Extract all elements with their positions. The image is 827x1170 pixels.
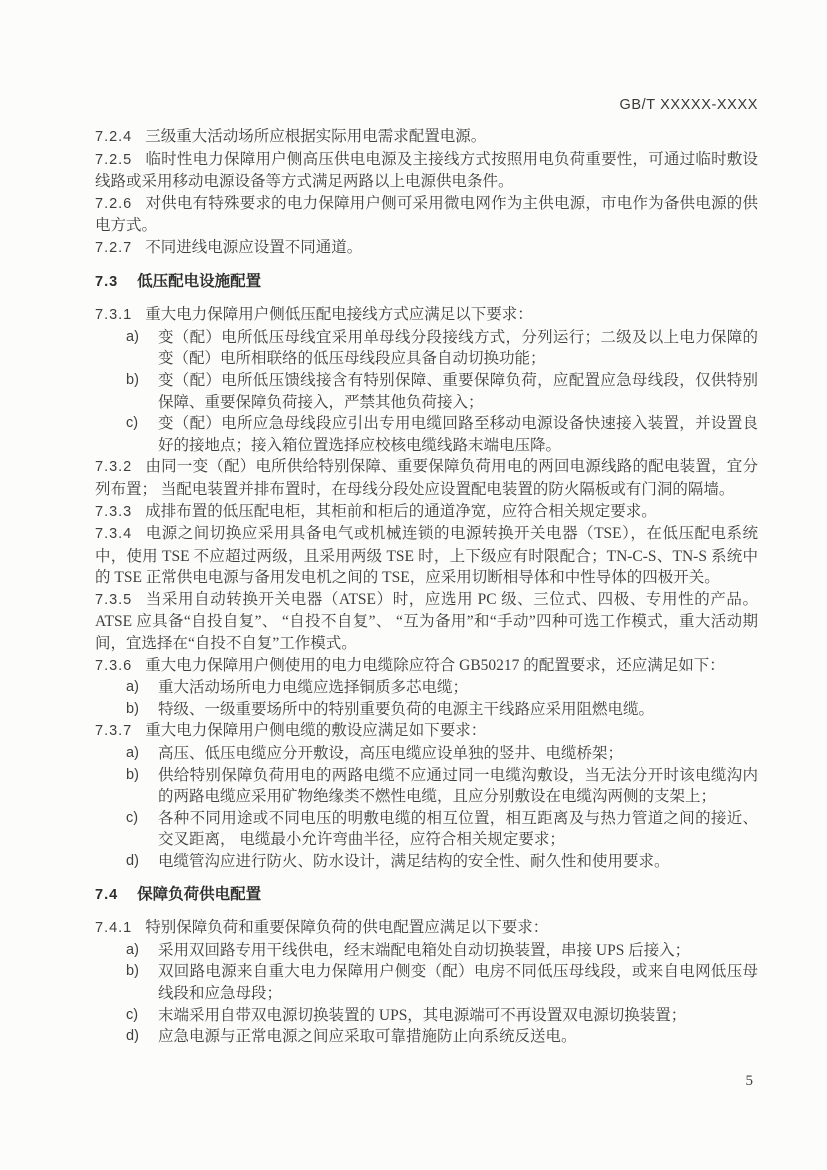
clause-paragraph: 7.3.7重大电力保障用户侧电缆的敷设应满足如下要求：	[95, 720, 758, 743]
clause-text: 由同一变（配）电所供给特别保障、重要保障负荷用电的两回电源线路的配电装置，宜分列…	[95, 458, 758, 498]
section-number: 7.3	[95, 274, 118, 290]
list-item-label: b)	[126, 961, 139, 983]
clause-text: 成排布置的低压配电柜，其柜前和柜后的通道净宽，应符合相关规定要求。	[145, 503, 657, 520]
list-item-label: b)	[126, 370, 139, 392]
list-item-text: 高压、低压电缆应分开敷设，高压电缆应设单独的竖井、电缆桥架；	[158, 745, 623, 762]
clause-paragraph: 7.3.4电源之间切换应采用具备电气或机械连锁的电源转换开关电器（TSE），在低…	[95, 523, 758, 589]
list-item-text: 应急电源与正常电源之间应采取可靠措施防止向系统反送电。	[158, 1028, 577, 1045]
clause-text: 三级重大活动场所应根据实际用电需求配置电源。	[145, 128, 486, 145]
page-number: 5	[746, 1073, 754, 1089]
clause-list-item: c)变（配）电所应急母线段应引出专用电缆回路至移动电源设备快速接入装置，并设置良…	[95, 413, 758, 456]
list-item-text: 重大活动场所电力电缆应选择铜质多芯电缆；	[158, 679, 468, 696]
list-item-label: a)	[126, 677, 139, 699]
document-page: GB/T XXXXX-XXXX 7.2.4三级重大活动场所应根据实际用电需求配置…	[0, 0, 827, 1170]
clause-paragraph: 7.2.6对供电有特殊要求的电力保障用户侧可采用微电网作为主供电源，市电作为备供…	[95, 193, 758, 237]
list-item-label: b)	[126, 699, 139, 721]
list-item-label: b)	[126, 765, 139, 787]
clause-list-item: b)变（配）电所低压馈线接含有特别保障、重要保障负荷，应配置应急母线段，仅供特别…	[95, 370, 758, 413]
list-item-label: c)	[126, 413, 138, 435]
clause-paragraph: 7.3.1重大电力保障用户侧低压配电接线方式应满足以下要求：	[95, 304, 758, 327]
section-heading: 7.3低压配电设施配置	[95, 271, 758, 294]
clause-list-item: b)供给特别保障负荷用电的两路电缆不应通过同一电缆沟敷设，当无法分开时该电缆沟内…	[95, 765, 758, 808]
section-number: 7.4	[95, 887, 118, 903]
list-item-label: c)	[126, 808, 138, 830]
clause-number: 7.3.6	[95, 658, 132, 674]
section-title: 低压配电设施配置	[137, 273, 261, 290]
clause-text: 不同进线电源应设置不同通道。	[145, 239, 362, 256]
clause-number: 7.3.7	[95, 723, 132, 739]
clause-list-item: b)特级、一级重要场所中的特别重要负荷的电源主干线路应采用阻燃电缆。	[95, 699, 758, 721]
clause-number: 7.3.1	[95, 307, 132, 323]
clause-paragraph: 7.2.7不同进线电源应设置不同通道。	[95, 237, 758, 260]
clause-text: 临时性电力保障用户侧高压供电电源及主接线方式按照用电负荷重要性，可通过临时敷设线…	[95, 151, 758, 191]
list-item-text: 电缆管沟应进行防火、防水设计，满足结构的安全性、耐久性和使用要求。	[158, 853, 670, 870]
clause-text: 电源之间切换应采用具备电气或机械连锁的电源转换开关电器（TSE），在低压配电系统…	[95, 525, 758, 586]
page-header: GB/T XXXXX-XXXX	[95, 97, 758, 113]
clause-text: 重大电力保障用户侧电缆的敷设应满足如下要求：	[145, 722, 486, 739]
document-body: 7.2.4三级重大活动场所应根据实际用电需求配置电源。7.2.5临时性电力保障用…	[95, 126, 758, 1048]
clause-number: 7.2.5	[95, 152, 132, 168]
standard-code: GB/T XXXXX-XXXX	[620, 97, 758, 113]
clause-text: 特别保障负荷和重要保障负荷的供电配置应满足以下要求：	[145, 919, 548, 936]
clause-number: 7.3.2	[95, 459, 132, 475]
list-item-text: 变（配）电所应急母线段应引出专用电缆回路至移动电源设备快速接入装置，并设置良好的…	[158, 415, 758, 454]
list-item-label: d)	[126, 1026, 139, 1048]
clause-text: 当采用自动转换开关电器（ATSE）时，应选用 PC 级、三位式、四极、专用性的产…	[95, 591, 758, 652]
clause-number: 7.4.1	[95, 920, 132, 936]
list-item-text: 末端采用自带双电源切换装置的 UPS，其电源端可不再设置双电源切换装置；	[158, 1007, 686, 1024]
clause-paragraph: 7.3.5当采用自动转换开关电器（ATSE）时，应选用 PC 级、三位式、四极、…	[95, 589, 758, 655]
clause-number: 7.3.5	[95, 592, 132, 608]
list-item-label: a)	[126, 940, 139, 962]
clause-text: 重大电力保障用户侧低压配电接线方式应满足以下要求：	[145, 306, 533, 323]
clause-list-item: d)电缆管沟应进行防火、防水设计，满足结构的安全性、耐久性和使用要求。	[95, 851, 758, 873]
list-item-text: 双回路电源来自重大电力保障用户侧变（配）电房不同低压母线段，或来自电网低压母线段…	[158, 963, 758, 1002]
clause-paragraph: 7.3.2由同一变（配）电所供给特别保障、重要保障负荷用电的两回电源线路的配电装…	[95, 456, 758, 500]
list-item-text: 采用双回路专用干线供电，经末端配电箱处自动切换装置，串接 UPS 后接入；	[158, 942, 690, 959]
list-item-text: 特级、一级重要场所中的特别重要负荷的电源主干线路应采用阻燃电缆。	[158, 701, 654, 718]
clause-list-item: d)应急电源与正常电源之间应采取可靠措施防止向系统反送电。	[95, 1026, 758, 1048]
list-item-label: a)	[126, 327, 139, 349]
clause-paragraph: 7.2.5临时性电力保障用户侧高压供电电源及主接线方式按照用电负荷重要性，可通过…	[95, 149, 758, 193]
section-heading: 7.4保障负荷供电配置	[95, 884, 758, 907]
clause-number: 7.3.4	[95, 526, 132, 542]
clause-number: 7.2.4	[95, 129, 132, 145]
clause-list-item: a)高压、低压电缆应分开敷设，高压电缆应设单独的竖井、电缆桥架；	[95, 743, 758, 765]
clause-list-item: c)末端采用自带双电源切换装置的 UPS，其电源端可不再设置双电源切换装置；	[95, 1005, 758, 1027]
clause-text: 重大电力保障用户侧使用的电力电缆除应符合 GB50217 的配置要求，还应满足如…	[145, 657, 725, 674]
clause-list-item: a)变（配）电所低压母线宜采用单母线分段接线方式，分列运行；二级及以上电力保障的…	[95, 327, 758, 370]
clause-paragraph: 7.2.4三级重大活动场所应根据实际用电需求配置电源。	[95, 126, 758, 149]
clause-number: 7.2.6	[95, 196, 132, 212]
clause-list-item: a)采用双回路专用干线供电，经末端配电箱处自动切换装置，串接 UPS 后接入；	[95, 940, 758, 962]
clause-list-item: a)重大活动场所电力电缆应选择铜质多芯电缆；	[95, 677, 758, 699]
clause-list-item: c)各种不同用途或不同电压的明敷电缆的相互位置，相互距离及与热力管道之间的接近、…	[95, 808, 758, 851]
clause-number: 7.3.3	[95, 504, 132, 520]
clause-paragraph: 7.3.6重大电力保障用户侧使用的电力电缆除应符合 GB50217 的配置要求，…	[95, 655, 758, 678]
list-item-text: 供给特别保障负荷用电的两路电缆不应通过同一电缆沟敷设，当无法分开时该电缆沟内的两…	[158, 767, 758, 806]
clause-number: 7.2.7	[95, 240, 132, 256]
list-item-text: 变（配）电所低压馈线接含有特别保障、重要保障负荷，应配置应急母线段，仅供特别保障…	[158, 372, 758, 411]
clause-list-item: b)双回路电源来自重大电力保障用户侧变（配）电房不同低压母线段，或来自电网低压母…	[95, 961, 758, 1004]
clause-paragraph: 7.4.1特别保障负荷和重要保障负荷的供电配置应满足以下要求：	[95, 917, 758, 940]
list-item-label: c)	[126, 1005, 138, 1027]
clause-paragraph: 7.3.3成排布置的低压配电柜，其柜前和柜后的通道净宽，应符合相关规定要求。	[95, 501, 758, 524]
section-title: 保障负荷供电配置	[137, 886, 261, 903]
list-item-text: 变（配）电所低压母线宜采用单母线分段接线方式，分列运行；二级及以上电力保障的变（…	[158, 329, 758, 368]
page-footer: 5	[746, 1073, 754, 1090]
clause-text: 对供电有特殊要求的电力保障用户侧可采用微电网作为主供电源，市电作为备供电源的供电…	[95, 195, 758, 235]
list-item-label: a)	[126, 743, 139, 765]
list-item-label: d)	[126, 851, 139, 873]
list-item-text: 各种不同用途或不同电压的明敷电缆的相互位置，相互距离及与热力管道之间的接近、交叉…	[158, 810, 758, 849]
